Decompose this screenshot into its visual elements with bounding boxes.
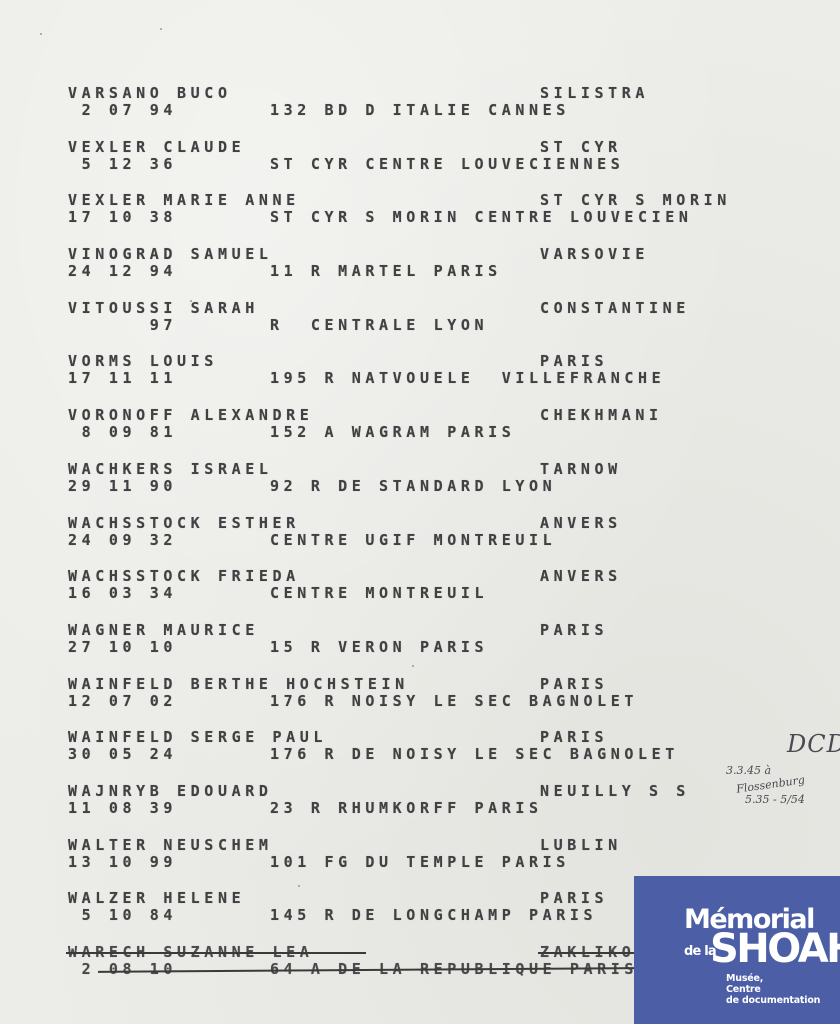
record-entry: WACHSSTOCK FRIEDAANVERS16 03 34CENTRE MO… — [68, 567, 808, 621]
record-birthplace: ST CYR S MORIN — [540, 191, 731, 209]
logo-subtitle-line: de documentation — [726, 995, 820, 1006]
record-entry: VORMS LOUISPARIS17 11 11195 R NATVOUELE … — [68, 352, 808, 406]
record-name: WACHSSTOCK ESTHER — [68, 514, 300, 532]
record-birthplace: CHEKHMANI — [540, 406, 663, 424]
record-birthdate: 30 05 24 — [68, 745, 177, 763]
record-birthplace: ANVERS — [540, 567, 622, 585]
record-entry: VORONOFF ALEXANDRECHEKHMANI 8 09 81152 A… — [68, 406, 808, 460]
record-address: ST CYR S MORIN CENTRE LOUVECIEN — [270, 208, 693, 226]
record-name: VEXLER CLAUDE — [68, 138, 245, 156]
record-birthplace: PARIS — [540, 675, 608, 693]
record-birthplace: ANVERS — [540, 514, 622, 532]
record-birthplace: ST CYR — [540, 138, 622, 156]
record-address: 92 R DE STANDARD LYON — [270, 477, 556, 495]
paper-speck — [40, 33, 42, 35]
logo-subtitle-line: Musée, — [726, 973, 820, 984]
record-entry: WAJNRYB EDOUARDNEUILLY S S11 08 3923 R R… — [68, 782, 808, 836]
record-birthplace: VARSOVIE — [540, 245, 649, 263]
record-birthplace: TARNOW — [540, 460, 622, 478]
record-name: VEXLER MARIE ANNE — [68, 191, 300, 209]
record-name: VINOGRAD SAMUEL — [68, 245, 272, 263]
record-name: VORMS LOUIS — [68, 352, 218, 370]
record-birthdate: 13 10 99 — [68, 853, 177, 871]
record-entry: WAINFELD SERGE PAULPARIS30 05 24176 R DE… — [68, 728, 808, 782]
handwritten-annotation-main: DCD — [787, 730, 840, 758]
logo-subtitle: Musée, Centre de documentation — [726, 973, 820, 1006]
record-address: 15 R VERON PARIS — [270, 638, 488, 656]
record-birthdate: 24 09 32 — [68, 531, 177, 549]
record-birthdate: 2 07 94 — [68, 101, 177, 119]
record-address: 176 R NOISY LE SEC BAGNOLET — [270, 692, 638, 710]
record-name: WAINFELD SERGE PAUL — [68, 728, 327, 746]
record-birthplace: CONSTANTINE — [540, 299, 690, 317]
record-entry: WACHSSTOCK ESTHERANVERS24 09 32CENTRE UG… — [68, 514, 808, 568]
record-birthplace: PARIS — [540, 621, 608, 639]
record-address: 11 R MARTEL PARIS — [270, 262, 502, 280]
record-entry: VEXLER CLAUDEST CYR 5 12 36ST CYR CENTRE… — [68, 138, 808, 192]
record-birthdate: 16 03 34 — [68, 584, 177, 602]
record-birthdate: 11 08 39 — [68, 799, 177, 817]
record-birthdate: 2 08 10 — [68, 960, 177, 978]
record-address: 145 R DE LONGCHAMP PARIS — [270, 906, 597, 924]
record-name: WALZER HELENE — [68, 889, 245, 907]
record-birthdate: 12 07 02 — [68, 692, 177, 710]
record-entry: WACHKERS ISRAELTARNOW29 11 9092 R DE STA… — [68, 460, 808, 514]
record-name: VITOUSSI SARAH — [68, 299, 259, 317]
record-name: WAINFELD BERTHE HOCHSTEIN — [68, 675, 409, 693]
handwritten-annotation-line3: 5.35 - 5/54 — [745, 793, 805, 806]
record-address: 23 R RHUMKORFF PARIS — [270, 799, 543, 817]
record-birthplace: PARIS — [540, 889, 608, 907]
memorial-shoah-logo: Mémorial de la SHOAH Musée, Centre de do… — [634, 876, 840, 1024]
handwritten-annotation-line1: 3.3.45 à — [726, 764, 771, 777]
record-name: VARSANO BUCO — [68, 84, 232, 102]
record-entry: WAINFELD BERTHE HOCHSTEINPARIS12 07 0217… — [68, 675, 808, 729]
record-name: WAJNRYB EDOUARD — [68, 782, 272, 800]
record-address: 152 A WAGRAM PARIS — [270, 423, 515, 441]
record-birthdate: 5 10 84 — [68, 906, 177, 924]
record-birthdate: 17 10 38 — [68, 208, 177, 226]
record-name: WACHKERS ISRAEL — [68, 460, 272, 478]
record-address: R CENTRALE LYON — [270, 316, 488, 334]
record-name: WAGNER MAURICE — [68, 621, 259, 639]
paper-speck — [160, 28, 162, 30]
record-address: 101 FG DU TEMPLE PARIS — [270, 853, 570, 871]
record-birthdate: 5 12 36 — [68, 155, 177, 173]
record-birthplace: PARIS — [540, 728, 608, 746]
record-address: ST CYR CENTRE LOUVECIENNES — [270, 155, 624, 173]
record-address: CENTRE UGIF MONTREUIL — [270, 531, 556, 549]
record-birthdate: 97 — [68, 316, 177, 334]
record-address: CENTRE MONTREUIL — [270, 584, 488, 602]
record-list: VARSANO BUCOSILISTRA 2 07 94132 BD D ITA… — [68, 84, 808, 997]
record-entry: VARSANO BUCOSILISTRA 2 07 94132 BD D ITA… — [68, 84, 808, 138]
logo-subtitle-line: Centre — [726, 984, 820, 995]
strikethrough-line — [66, 952, 366, 954]
logo-shoah: SHOAH — [710, 928, 840, 970]
record-address: 195 R NATVOUELE VILLEFRANCHE — [270, 369, 665, 387]
record-birthplace: PARIS — [540, 352, 608, 370]
record-birthplace: SILISTRA — [540, 84, 649, 102]
record-entry: WAGNER MAURICEPARIS27 10 1015 R VERON PA… — [68, 621, 808, 675]
record-birthdate: 8 09 81 — [68, 423, 177, 441]
record-birthplace: NEUILLY S S — [540, 782, 690, 800]
record-name: VORONOFF ALEXANDRE — [68, 406, 313, 424]
record-birthdate: 27 10 10 — [68, 638, 177, 656]
record-entry: VEXLER MARIE ANNEST CYR S MORIN17 10 38S… — [68, 191, 808, 245]
record-birthdate: 29 11 90 — [68, 477, 177, 495]
record-address: 176 R DE NOISY LE SEC BAGNOLET — [270, 745, 679, 763]
record-name: WALTER NEUSCHEM — [68, 836, 272, 854]
record-birthplace: LUBLIN — [540, 836, 622, 854]
record-birthdate: 24 12 94 — [68, 262, 177, 280]
record-entry: VITOUSSI SARAHCONSTANTINE 97R CENTRALE L… — [68, 299, 808, 353]
strikethrough-line — [538, 952, 638, 954]
record-entry: VINOGRAD SAMUELVARSOVIE24 12 9411 R MART… — [68, 245, 808, 299]
record-birthdate: 17 11 11 — [68, 369, 177, 387]
record-name: WACHSSTOCK FRIEDA — [68, 567, 300, 585]
record-address: 132 BD D ITALIE CANNES — [270, 101, 570, 119]
